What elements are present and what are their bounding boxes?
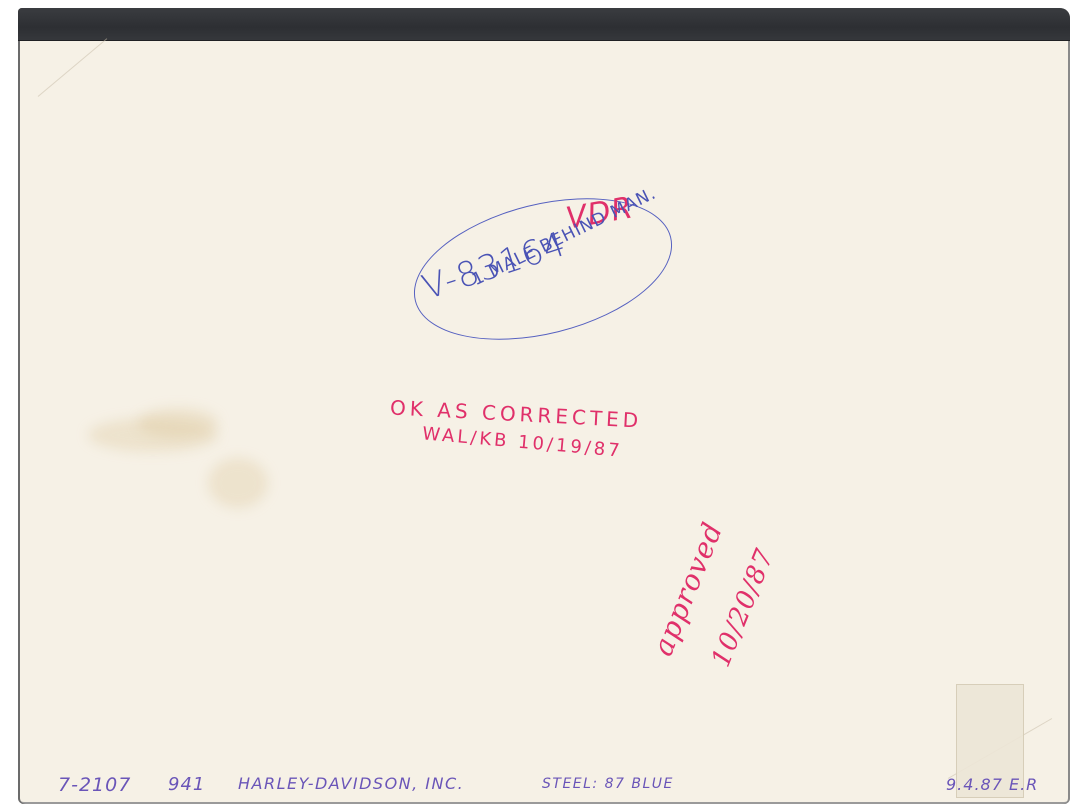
footer-date-initials: 9.4.87 E.R bbox=[946, 775, 1038, 794]
approval-note: approved 10/20/87 bbox=[646, 608, 647, 609]
footer-company: HARLEY-DAVIDSON, INC. bbox=[238, 774, 464, 793]
crease bbox=[38, 38, 108, 97]
footer-steel: STEEL: 87 BLUE bbox=[542, 776, 674, 792]
page: V-83164 VDR 1 MALE BEHIND MAN. OK AS COR… bbox=[0, 0, 1080, 811]
footer-number: 941 bbox=[168, 774, 205, 795]
stain bbox=[138, 408, 218, 438]
photo-back-card: V-83164 VDR 1 MALE BEHIND MAN. OK AS COR… bbox=[18, 8, 1070, 804]
binding-strip bbox=[18, 8, 1070, 41]
stain bbox=[208, 458, 268, 508]
footer-code: 7-2107 bbox=[58, 774, 131, 796]
approval-date: 10/20/87 bbox=[706, 544, 781, 671]
